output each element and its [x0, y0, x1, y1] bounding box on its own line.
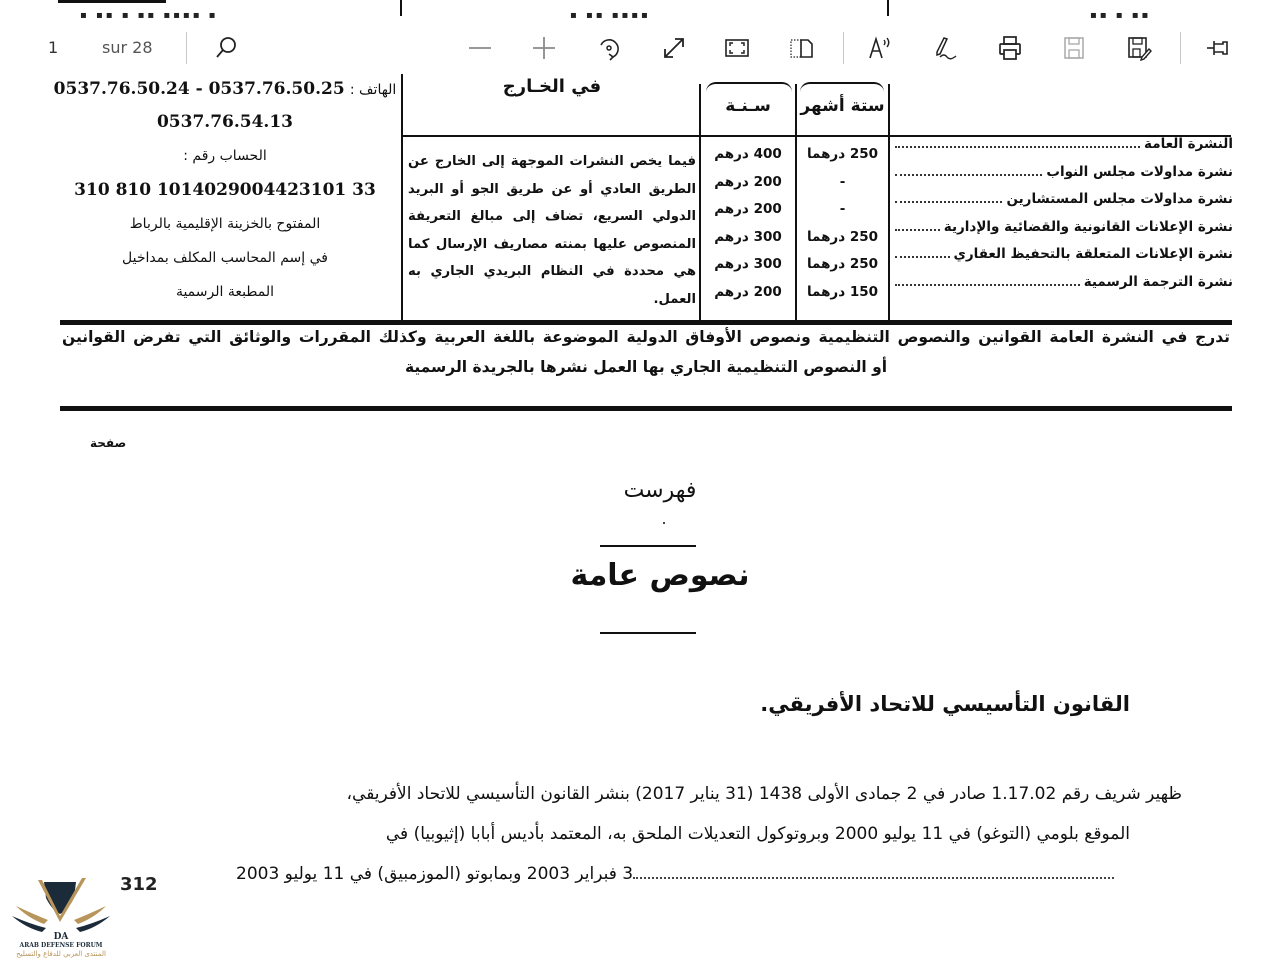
page-view-button[interactable] — [784, 30, 820, 66]
dot-leader — [895, 256, 950, 258]
read-aloud-button[interactable] — [862, 30, 898, 66]
previous-page-edge: ▪ ▪▪ ▪ ▪▪ ▪▪▪▪ ▪ ▪ ▪▪ ▪▪▪▪ ▪▪ ▪ ▪▪ — [0, 0, 1280, 22]
rate-year: 300 درهم — [701, 251, 795, 279]
toolbar-separator — [843, 32, 844, 64]
entry-line: ظهير شريف رقم 1.17.02 صادر في 2 جمادى ال… — [236, 774, 1182, 814]
section-title: نصوص عامة — [540, 558, 780, 593]
rate-year: 200 درهم — [701, 169, 795, 197]
publication-row: النشرة العامة — [895, 136, 1233, 164]
rate-six-months: 150 درهما — [797, 279, 888, 307]
rotate-button[interactable] — [591, 30, 627, 66]
publication-name: نشرة مداولات مجلس النواب — [1046, 164, 1233, 180]
fit-width-button[interactable] — [656, 30, 692, 66]
search-icon — [213, 35, 239, 61]
rate-year: 400 درهم — [701, 141, 795, 169]
rule — [58, 0, 166, 3]
full-screen-button[interactable] — [719, 30, 755, 66]
toolbar-separator — [1180, 32, 1181, 64]
print-button[interactable] — [992, 30, 1028, 66]
phone-line: 0537.76.50.24 - 0537.76.50.25 الهاتف : — [50, 74, 400, 105]
rate-six-months: 250 درهما — [797, 141, 888, 169]
pin-icon — [1205, 35, 1231, 61]
minus-icon — [467, 35, 493, 61]
brace — [800, 82, 884, 94]
publication-name: نشرة مداولات مجلس المستشارين — [1006, 191, 1233, 207]
zoom-out-button[interactable] — [462, 30, 498, 66]
diagonal-arrows-icon — [661, 35, 687, 61]
rule — [887, 0, 889, 16]
notice-line: تدرج في النشرة العامة القوانين والنصوص ا… — [62, 322, 1230, 352]
publication-row: نشرة الترجمة الرسمية — [895, 274, 1233, 302]
publication-row: نشرة الإعلانات القانونية والقضائية والإد… — [895, 219, 1233, 247]
page-column-label: صفحة — [90, 436, 126, 450]
rate-six-months: 250 درهما — [797, 251, 888, 279]
entry-line: 3 فبراير 2003 وبمابوتو (الموزمبيق) في 11… — [236, 854, 1182, 894]
watermark-brand-ar: المنتدى العربي للدفاع والتسليح — [8, 950, 114, 958]
cut-off-text: ▪ ▪▪ ▪▪▪▪ — [570, 10, 651, 21]
rate-six-months: 250 درهما — [797, 224, 888, 252]
brace — [706, 82, 792, 94]
plus-icon — [531, 35, 557, 61]
abroad-heading: في الخـارج — [404, 76, 700, 97]
entry-line: الموقع بلومي (التوغو) في 11 يوليو 2000 و… — [236, 814, 1182, 854]
account-number: 310 810 1014029004423101 33 — [50, 173, 400, 207]
dot-leader — [895, 284, 1080, 286]
table-border — [888, 84, 890, 320]
printer-icon — [997, 35, 1023, 61]
toolbar-separator — [186, 32, 187, 64]
shield-wings-icon: DA — [8, 876, 114, 942]
pen-icon — [932, 35, 958, 61]
contact-info: 0537.76.50.24 - 0537.76.50.25 الهاتف : 0… — [50, 74, 400, 309]
entry-title: القانون التأسيسي للاتحاد الأفريقي. — [680, 692, 1130, 716]
publication-notice: تدرج في النشرة العامة القوانين والنصوص ا… — [62, 322, 1230, 382]
title-rule — [600, 545, 696, 547]
page-number-input[interactable]: 1 — [48, 38, 58, 57]
rate-year: 200 درهم — [701, 279, 795, 307]
bank-line: المفتوح بالخزينة الإقليمية بالرباط — [50, 207, 400, 241]
watermark-brand: ARAB DEFENSE FORUM — [8, 942, 114, 949]
entry-line-text: 3 فبراير 2003 وبمابوتو (الموزمبيق) في 11… — [236, 854, 633, 894]
cut-off-text: ▪▪ ▪ ▪▪ — [1090, 10, 1151, 21]
entry-page-number[interactable]: 312 — [120, 874, 158, 895]
decoration — [663, 522, 665, 524]
publication-name: النشرة العامة — [1144, 136, 1233, 152]
title-rule — [600, 632, 696, 634]
column-header-six-months: ستة أشهر — [797, 96, 888, 116]
dot-leader — [895, 174, 1042, 176]
publication-row: نشرة الإعلانات المتعلقة بالتحفيظ العقاري — [895, 246, 1233, 274]
phone-label: الهاتف : — [350, 82, 396, 98]
bank-line: في إسم المحاسب المكلف بمداخيل — [50, 241, 400, 275]
save-button[interactable] — [1056, 30, 1092, 66]
publication-name: نشرة الإعلانات المتعلقة بالتحفيظ العقاري — [954, 246, 1234, 262]
rule — [400, 0, 402, 16]
table-border-thick — [60, 406, 1232, 411]
phone-number-extra: 0537.76.54.13 — [50, 105, 400, 139]
rate-year: 300 درهم — [701, 224, 795, 252]
draw-button[interactable] — [927, 30, 963, 66]
entry-description: ظهير شريف رقم 1.17.02 صادر في 2 جمادى ال… — [236, 774, 1182, 894]
publication-name: نشرة الترجمة الرسمية — [1084, 274, 1233, 290]
rate-year: 200 درهم — [701, 196, 795, 224]
dot-leader — [895, 146, 1140, 148]
bank-line: المطبعة الرسمية — [50, 275, 400, 309]
publications-list: النشرة العامة نشرة مداولات مجلس النواب ن… — [895, 136, 1233, 301]
pin-button[interactable] — [1200, 30, 1236, 66]
pdf-viewer-toolbar: 1 sur 28 — [0, 22, 1280, 74]
document-page: 0537.76.50.24 - 0537.76.50.25 الهاتف : 0… — [0, 74, 1280, 960]
read-aloud-icon — [867, 35, 893, 61]
svg-text:DA: DA — [54, 932, 70, 942]
publication-row: نشرة مداولات مجلس المستشارين — [895, 191, 1233, 219]
publication-name: نشرة الإعلانات القانونية والقضائية والإد… — [944, 219, 1233, 235]
page-count: sur 28 — [102, 38, 153, 57]
rotate-icon — [596, 35, 622, 61]
abroad-note: فيما يخص النشرات الموجهة إلى الخارج عن ا… — [408, 148, 696, 313]
index-title: فهرست — [560, 478, 760, 503]
column-header-year: سـنـة — [701, 96, 795, 116]
save-icon — [1061, 35, 1087, 61]
dot-leader — [895, 229, 940, 231]
rate-six-months: - — [797, 196, 888, 224]
save-as-button[interactable] — [1121, 30, 1157, 66]
dot-leader — [633, 877, 1114, 879]
dot-leader — [895, 201, 1002, 203]
publication-row: نشرة مداولات مجلس النواب — [895, 164, 1233, 192]
search-button[interactable] — [208, 30, 244, 66]
zoom-in-button[interactable] — [526, 30, 562, 66]
notice-line: أو النصوص التنظيمية الجاري بها العمل نشر… — [62, 352, 1230, 382]
rate-six-months: - — [797, 169, 888, 197]
phone-numbers: 0537.76.50.24 - 0537.76.50.25 — [54, 79, 345, 99]
fullscreen-icon — [724, 35, 750, 61]
account-label: الحساب رقم : — [50, 139, 400, 173]
page-view-icon — [789, 35, 815, 61]
cut-off-text: ▪ ▪▪ ▪ ▪▪ ▪▪▪▪ ▪ — [80, 10, 218, 21]
table-border — [401, 74, 403, 320]
watermark-logo: DA ARAB DEFENSE FORUM المنتدى العربي للد… — [8, 876, 114, 960]
save-as-icon — [1126, 35, 1152, 61]
